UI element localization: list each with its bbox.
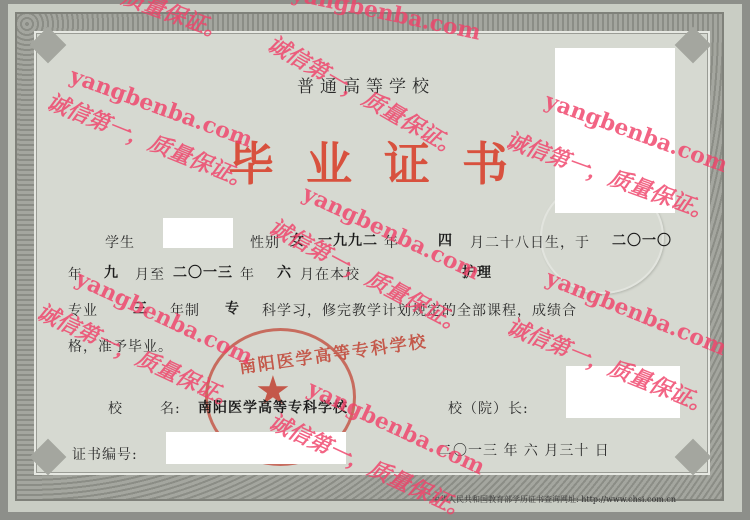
student-label: 学生 — [105, 232, 135, 252]
president-label: 校（院）长: — [448, 398, 529, 418]
end-month: 六 — [277, 262, 292, 282]
school-label-2: 名: — [160, 398, 181, 418]
certificate-title: 毕业证书 — [228, 128, 540, 194]
month-to: 月至 — [135, 264, 165, 284]
start-year: 二〇一〇 — [612, 230, 672, 250]
cert-number-label: 证书编号: — [72, 444, 138, 464]
end-year: 二〇一三 — [173, 262, 233, 282]
birth-day-text: 月二十八日生，于 — [470, 232, 590, 252]
school-label-1: 校 — [108, 398, 123, 418]
end-year-unit: 年 — [240, 264, 255, 284]
student-name-redacted — [163, 218, 233, 248]
program-level: 专 — [225, 298, 240, 318]
